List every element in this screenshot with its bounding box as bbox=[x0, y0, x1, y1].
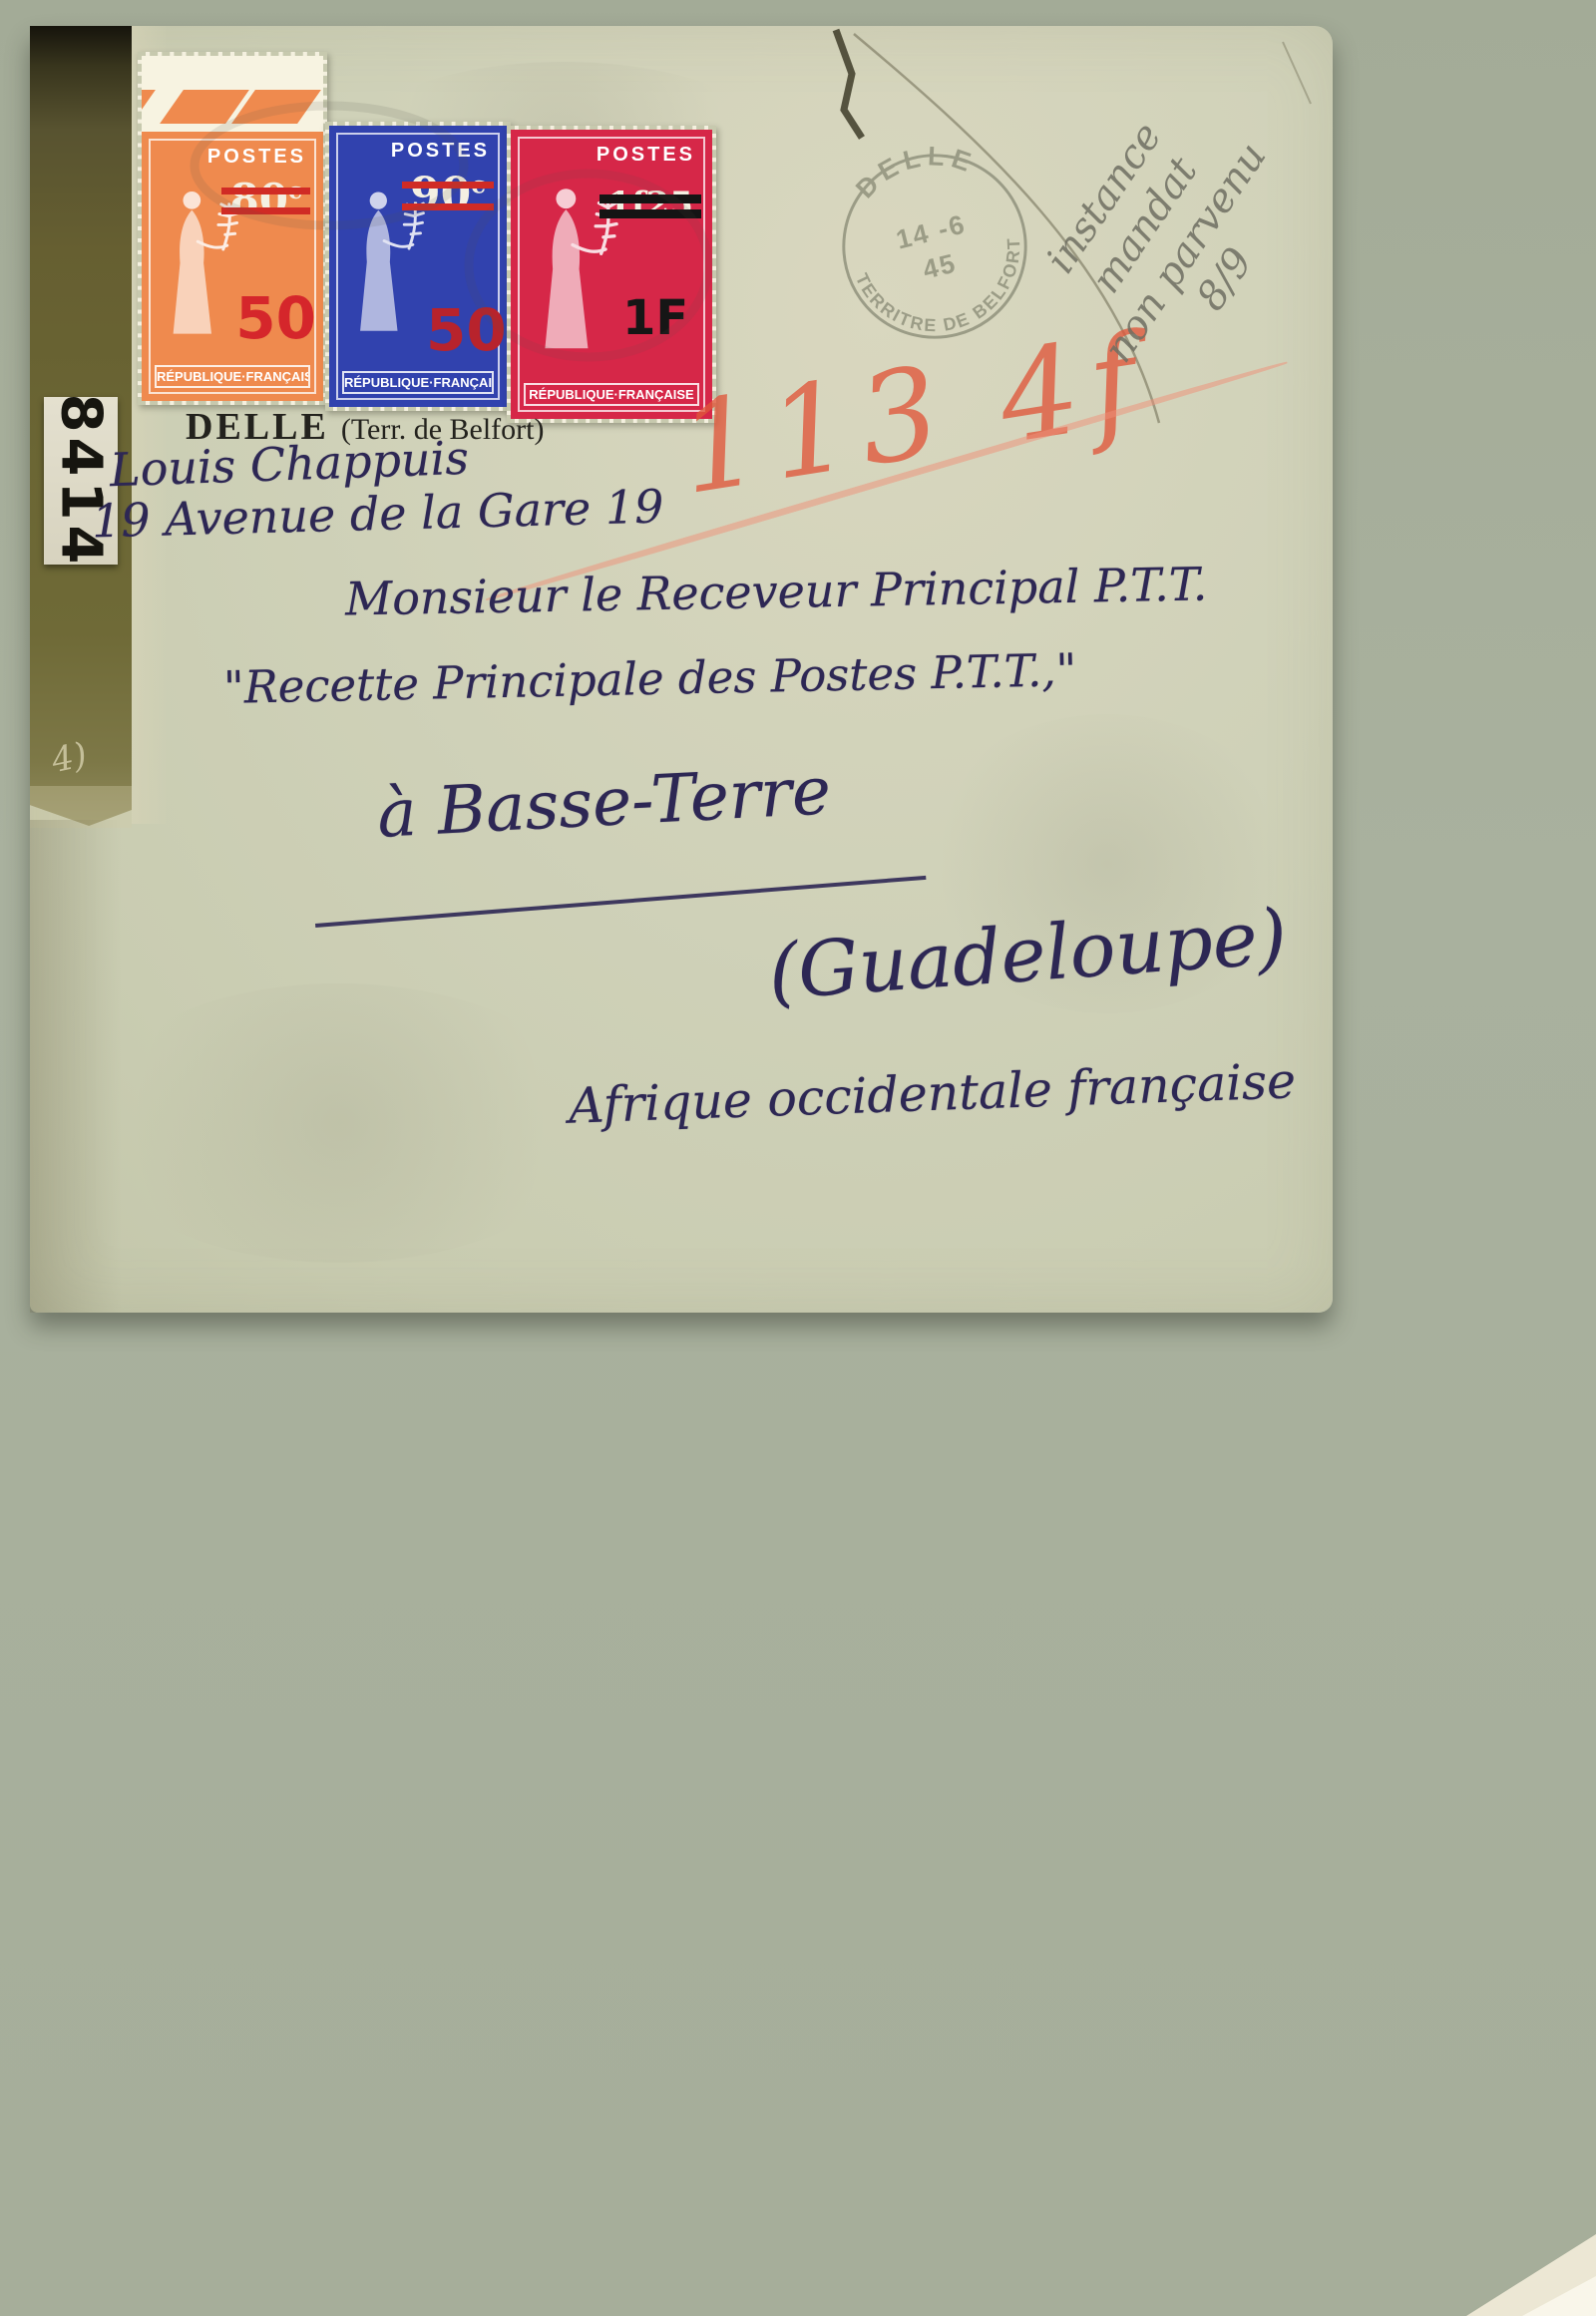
stamp-face: POSTES 90c 50 RÉPUBLIQUE·FRANÇAISE bbox=[329, 126, 507, 407]
stamp-overprint: 50 bbox=[426, 296, 507, 364]
aging-blotch bbox=[80, 983, 598, 1263]
stamp-old-value: 90c bbox=[410, 169, 486, 219]
stamp-old-value: 1f25 bbox=[607, 185, 693, 224]
svg-text:14 -6: 14 -6 bbox=[893, 208, 969, 254]
stamp-orange-50-on-80c: POSTES 80c 50 RÉPUBLIQUE·FRANÇAISE bbox=[138, 52, 327, 405]
svg-text:45: 45 bbox=[920, 247, 960, 284]
stamp-country-label: RÉPUBLIQUE·FRANÇAISE bbox=[342, 371, 494, 394]
stamp-overprint: 1F bbox=[622, 290, 688, 346]
stamp-postes-label: POSTES bbox=[207, 146, 306, 169]
stamp-old-value: 80c bbox=[229, 175, 302, 223]
album-page: 8414 4) POSTES 80c 50 RÉPUBLIQUE·FRANÇAI… bbox=[0, 0, 1596, 2316]
address-line-city: à Basse-Terre bbox=[375, 752, 832, 853]
stamp-face: POSTES 80c 50 RÉPUBLIQUE·FRANÇAISE bbox=[142, 132, 323, 401]
stamp-face: POSTES 1f25 1F RÉPUBLIQUE·FRANÇAISE bbox=[511, 130, 712, 419]
address-line-territory: (Guadeloupe) bbox=[766, 892, 1290, 1016]
envelope: 8414 4) POSTES 80c 50 RÉPUBLIQUE·FRANÇAI… bbox=[30, 26, 1333, 1313]
address-line-recipient: Monsieur le Receveur Principal P.T.T. bbox=[345, 557, 1208, 625]
address-line-office: "Recette Principale des Postes P.T.T.," bbox=[223, 643, 1077, 714]
stamp-postes-label: POSTES bbox=[391, 140, 490, 163]
envelope-left-shade bbox=[30, 820, 122, 1313]
stamp-margin-tab bbox=[142, 56, 323, 132]
ink-flourish bbox=[315, 876, 926, 928]
stamp-blue-50-on-90c: POSTES 90c 50 RÉPUBLIQUE·FRANÇAISE bbox=[325, 122, 511, 411]
stamp-country-label: RÉPUBLIQUE·FRANÇAISE bbox=[155, 365, 310, 388]
address-line-region: Afrique occidentale française bbox=[568, 1052, 1297, 1134]
stamp-overprint: 50 bbox=[235, 284, 316, 352]
stamp-postes-label: POSTES bbox=[597, 144, 695, 167]
svg-text:DELLE: DELLE bbox=[844, 128, 986, 207]
